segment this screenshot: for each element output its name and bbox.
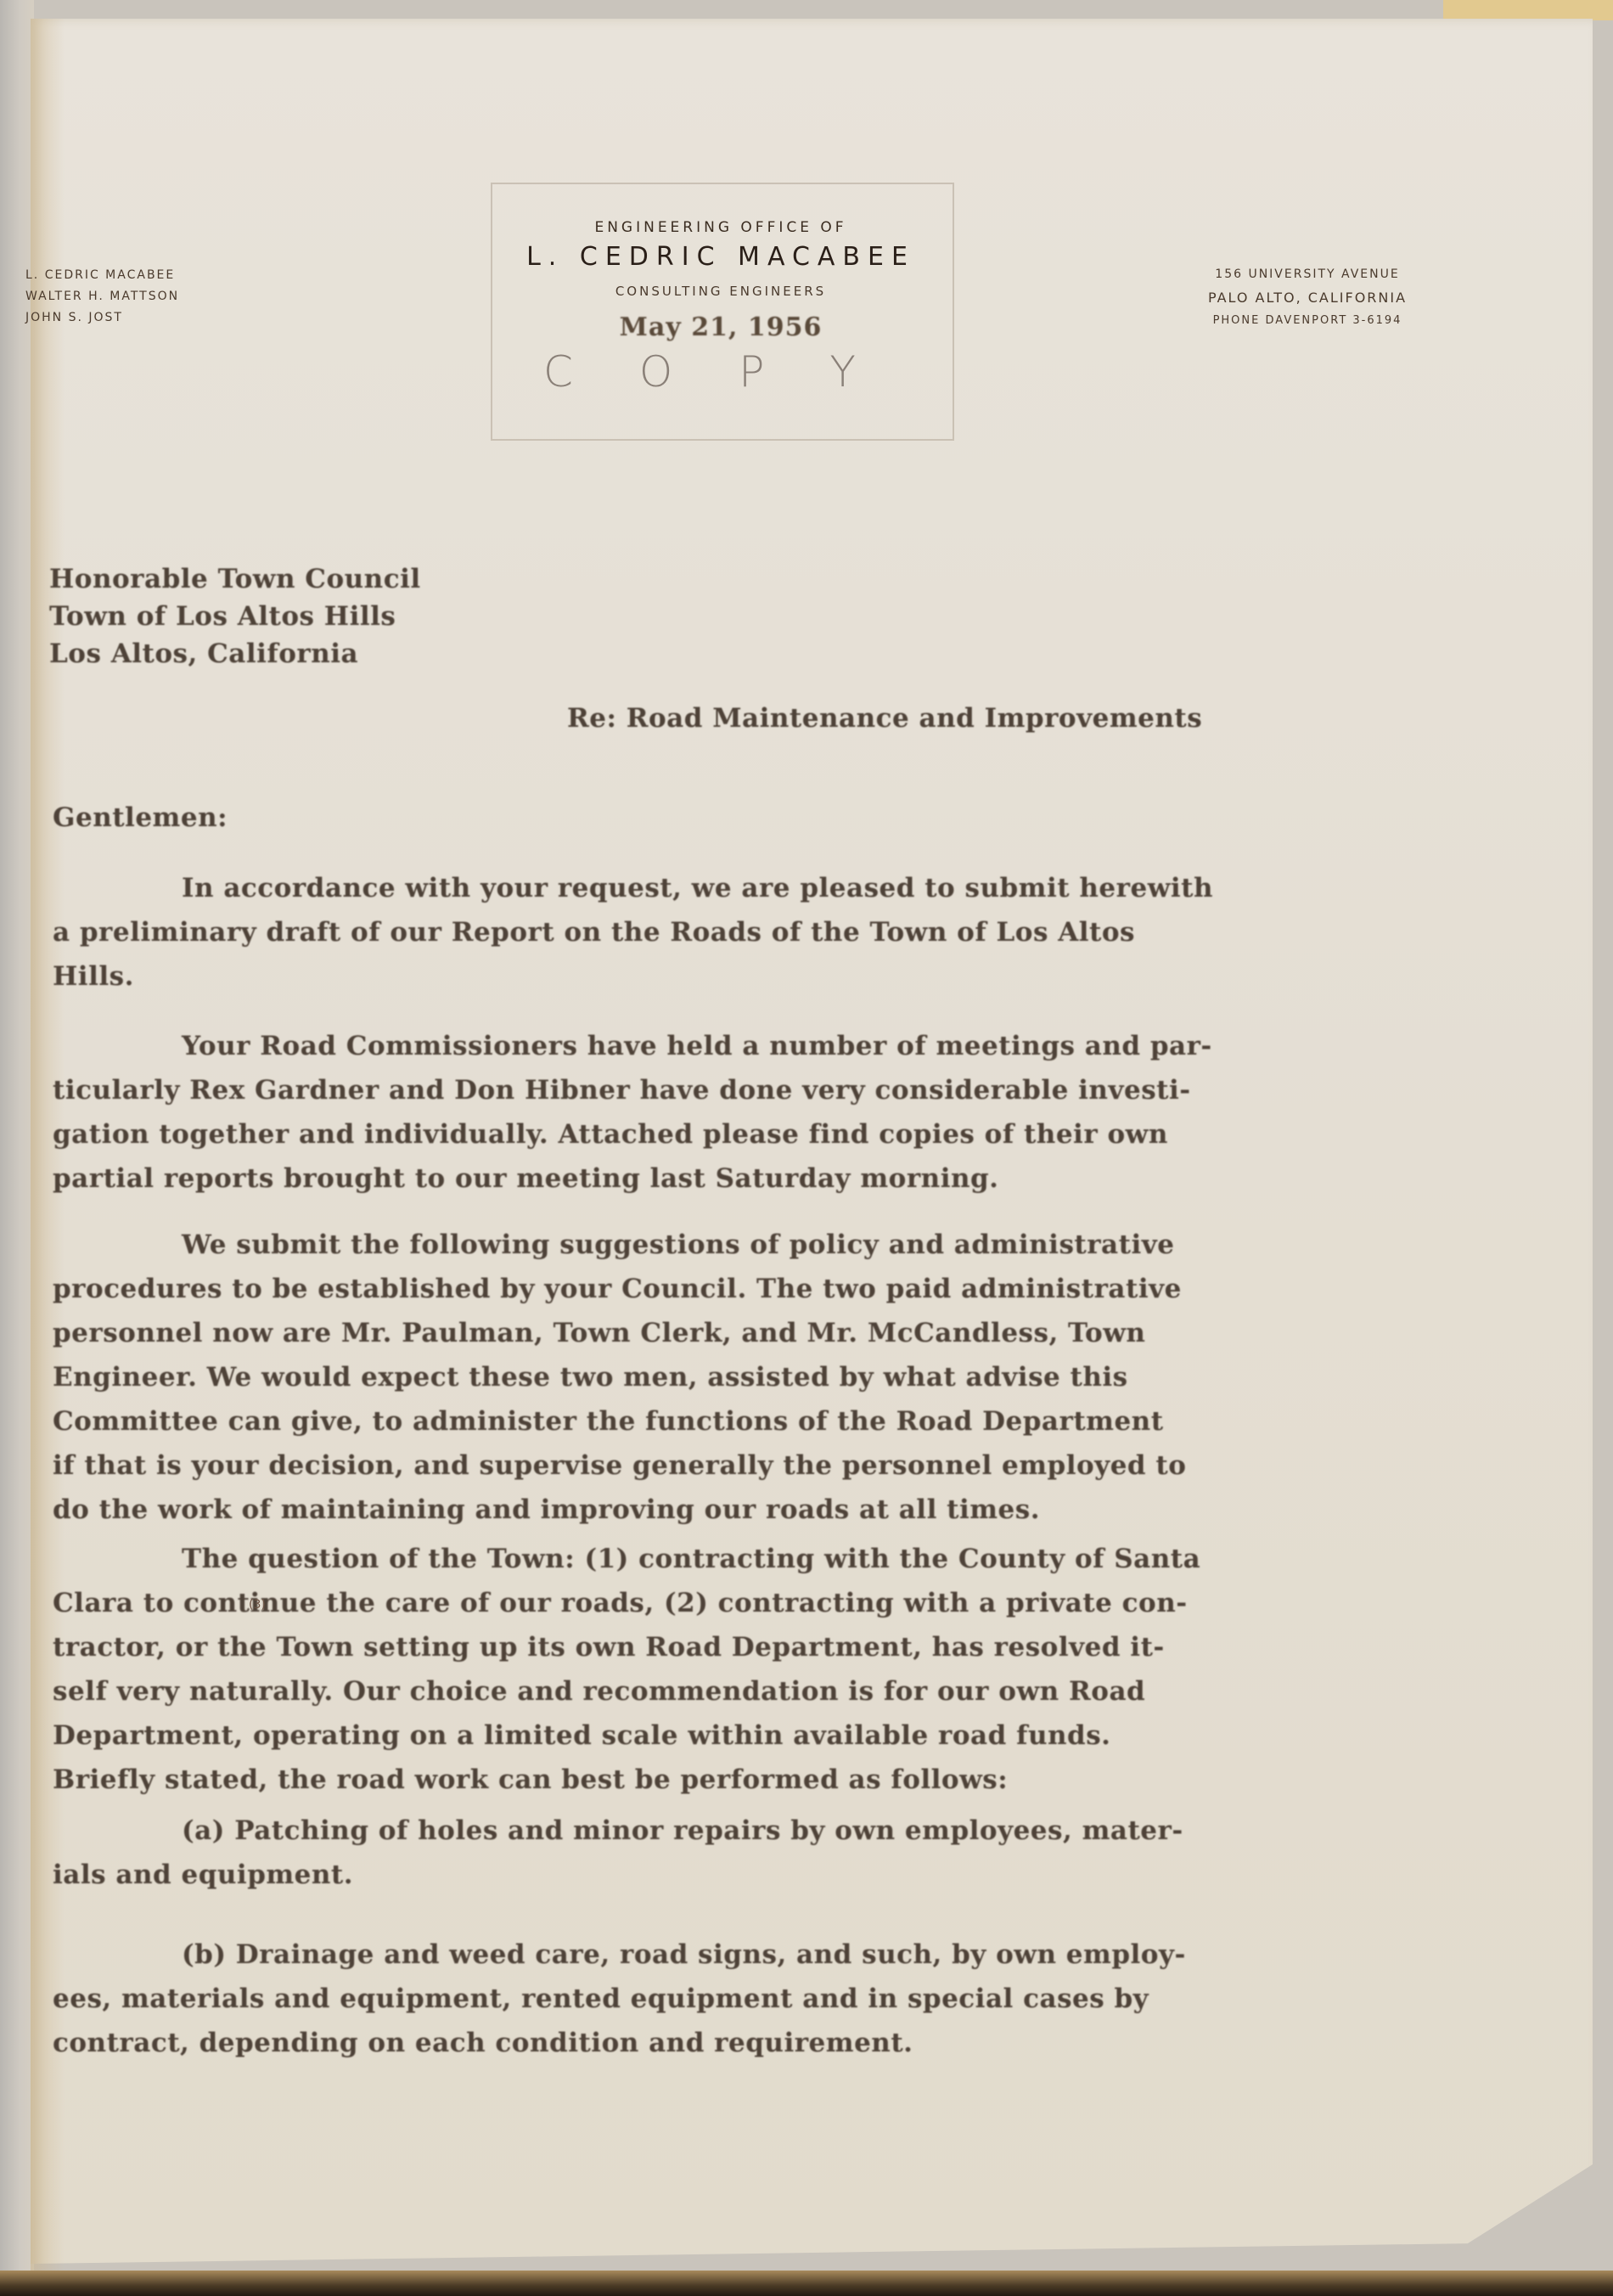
paragraph-line: Your Road Commissioners have held a numb… [182,1031,1212,1061]
paragraph-line: self very naturally. Our choice and reco… [53,1669,1200,1714]
partner-name: L. CEDRIC MACABEE [25,265,179,286]
paragraph-line: if that is your decision, and supervise … [53,1443,1186,1488]
letterhead-address: 156 UNIVERSITY AVENUE PALO ALTO, CALIFOR… [1197,263,1418,332]
paragraph-line: Hills. [53,954,1213,999]
paragraph-line: partial reports brought to our meeting l… [53,1156,1212,1201]
paragraph-line: Briefly stated, the road work can best b… [53,1758,1200,1802]
subject-line: Re: Road Maintenance and Improvements [567,703,1202,734]
letterhead-center: ENGINEERING OFFICE OF L. CEDRIC MACABEE … [491,217,951,307]
paragraph-line: Department, operating on a limited scale… [53,1714,1200,1758]
paragraph-line: ees, materials and equipment, rented equ… [53,1977,1186,2021]
paragraph-line: gation together and individually. Attach… [53,1112,1212,1156]
item-b: (b) Drainage and weed care, road signs, … [53,1933,1186,2065]
address-street: 156 UNIVERSITY AVENUE [1197,263,1418,286]
paragraph-line: personnel now are Mr. Paulman, Town Cler… [53,1311,1186,1355]
partner-name: WALTER H. MATTSON [25,286,179,307]
office-line: ENGINEERING OFFICE OF [491,217,951,239]
copy-mark: COPY [543,346,917,397]
paragraph-line: ticularly Rex Gardner and Don Hibner hav… [53,1068,1212,1112]
paragraph-4: The question of the Town: (1) contractin… [53,1537,1200,1802]
paragraph-line: (b) Drainage and weed care, road signs, … [182,1939,1186,1970]
paragraph-line: In accordance with your request, we are … [182,873,1213,903]
underlying-page-strip [1443,0,1613,20]
paragraph-2: Your Road Commissioners have held a numb… [53,1024,1212,1201]
paragraph-line: The question of the Town: (1) contractin… [182,1544,1200,1574]
paragraph-line: Engineer. We would expect these two men,… [53,1355,1186,1399]
paragraph-line: do the work of maintaining and improving… [53,1488,1186,1532]
paragraph-line: tractor, or the Town setting up its own … [53,1625,1200,1669]
paragraph-line: Committee can give, to administer the fu… [53,1399,1186,1443]
salutation: Gentlemen: [53,802,228,833]
paragraph-1: In accordance with your request, we are … [53,866,1213,999]
paragraph-line: (a) Patching of holes and minor repairs … [182,1815,1183,1846]
paragraph-3: We submit the following suggestions of p… [53,1223,1186,1532]
letterhead-partners: L. CEDRIC MACABEE WALTER H. MATTSON JOHN… [25,265,179,329]
backdrop-left [0,0,34,2296]
recipient-line: Honorable Town Council [49,560,421,598]
item-a: (a) Patching of holes and minor repairs … [53,1809,1183,1897]
firm-name: L. CEDRIC MACABEE [491,239,951,276]
paragraph-line: procedures to be established by your Cou… [53,1267,1186,1311]
address-phone: PHONE DAVENPORT 3-6194 [1197,309,1418,332]
address-city: PALO ALTO, CALIFORNIA [1197,286,1418,309]
paragraph-line: Clara to continue the care of our roads,… [53,1581,1200,1625]
paragraph-line: ials and equipment. [53,1853,1183,1897]
recipient-line: Town of Los Altos Hills [49,598,421,635]
partner-name: JOHN S. JOST [25,307,179,329]
firm-subtitle: CONSULTING ENGINEERS [491,276,951,307]
recipient-block: Honorable Town Council Town of Los Altos… [49,560,421,672]
letter-date: May 21, 1956 [491,312,951,342]
handwritten-insert-mark: (3) [249,1598,266,1612]
paragraph-line: We submit the following suggestions of p… [182,1230,1174,1260]
backdrop-bottom [0,2271,1613,2296]
paragraph-line: contract, depending on each condition an… [53,2021,1186,2065]
paragraph-line: a preliminary draft of our Report on the… [53,910,1213,954]
recipient-line: Los Altos, California [49,635,421,672]
